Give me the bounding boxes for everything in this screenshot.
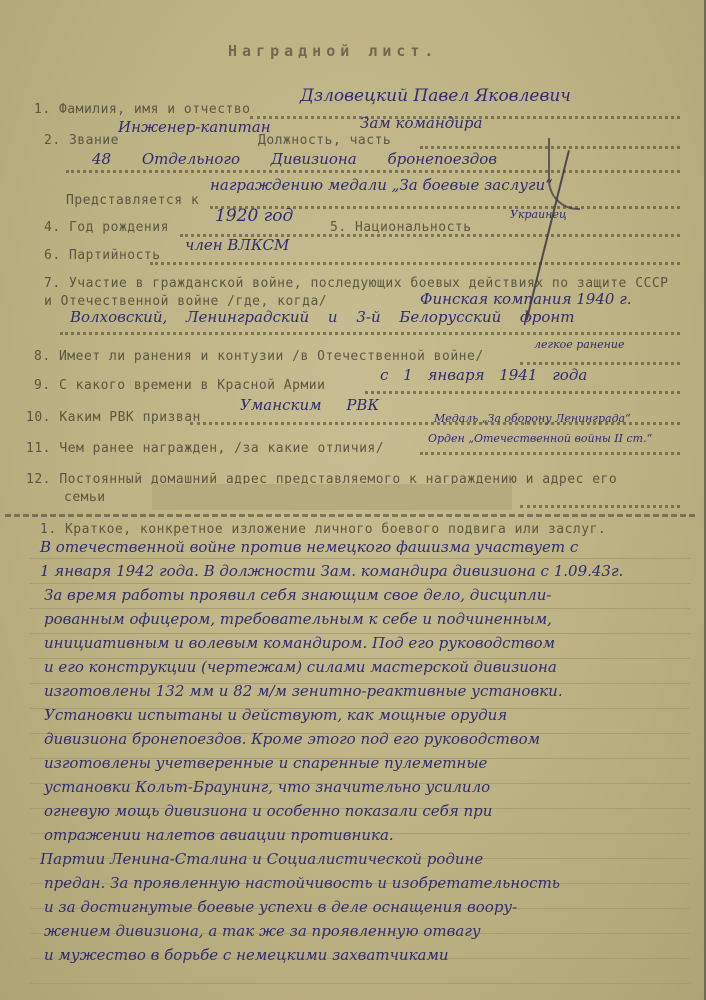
narrative-line: установки Кольт-Браунинг, что значительн… (44, 778, 490, 796)
dotted-line (520, 362, 680, 365)
narrative-line: За время работы проявил себя знающим сво… (44, 586, 551, 604)
narrative-line: и за достигнутые боевые успехи в деле ос… (44, 898, 517, 916)
field-7-value: Финская компания 1940 г. (420, 290, 632, 308)
field-5-value: Украинец (510, 208, 567, 221)
field-5-label: 5. Национальность (330, 220, 472, 235)
field-1-value: Дзловецкий Павел Яковлевич (300, 86, 571, 106)
field-2-value: Инженер-капитан (118, 118, 271, 136)
dotted-line (150, 262, 680, 265)
field-6-value: член ВЛКСМ (185, 236, 289, 254)
narrative-line: огневую мощь дивизиона и особенно показа… (44, 802, 492, 820)
field-6-label: 6. Партийность (44, 248, 161, 263)
ruled-line (30, 558, 690, 559)
dotted-line (365, 391, 680, 394)
narrative-line: и его конструкции (чертежам) силами маст… (44, 658, 557, 676)
award-sheet-page: Наградной лист. 1. Фамилия, имя и отчест… (0, 0, 704, 1000)
narrative-line: и мужество в борьбе с немецкими захватчи… (44, 946, 449, 964)
narrative-line: отражении налетов авиации противника. (44, 826, 394, 844)
field-9-value: с 1 января 1941 года (380, 366, 587, 384)
dotted-line (520, 505, 680, 508)
narrative-line: В отечественной войне против немецкого ф… (40, 538, 578, 556)
field-2-label2: Должность, часть (258, 133, 391, 148)
ruled-line (30, 583, 690, 584)
section-divider (5, 514, 695, 517)
narrative-line: 1 января 1942 года. В должности Зам. ком… (40, 562, 623, 580)
field-7-value2: Волховский, Ленинградский и 3-й Белорусс… (70, 308, 575, 326)
field-2-value3: 48 Отдельного Дивизиона бронепоездов (92, 150, 497, 168)
document-title: Наградной лист. (228, 42, 438, 60)
field-2-value2: Зам командира (360, 114, 482, 132)
field-4-value: 1920 год (215, 206, 293, 226)
field-2-label: 2. Звание (44, 133, 119, 148)
ruled-line (30, 983, 690, 984)
check-mark-curve (548, 138, 580, 210)
field-3-value: награждению медали „За боевые заслуги“ (210, 176, 553, 194)
narrative-line: изготовлены учетверенные и спаренные пул… (44, 754, 487, 772)
field-4-label: 4. Год рождения (44, 220, 169, 235)
narrative-line: жением дивизиона, а так же за проявленну… (44, 922, 481, 940)
dotted-line (66, 170, 680, 173)
narrative-line: предан. За проявленную настойчивость и и… (44, 874, 560, 892)
narrative-line: рованным офицером, требовательным к себе… (44, 610, 552, 628)
narrative-line: Установки испытаны и действуют, как мощн… (44, 706, 507, 724)
field-8-label: 8. Имеет ли ранения и контузии /в Отечес… (34, 349, 484, 364)
narrative-line: инициативным и волевым командиром. Под е… (44, 634, 555, 652)
field-8-value: легкое ранение (534, 338, 624, 351)
section-label: 1. Краткое, конкретное изложение личного… (40, 522, 606, 537)
dotted-line (60, 332, 680, 335)
field-11-value: Медаль „За оборону Ленинграда“ (434, 412, 631, 425)
narrative-line: изготовлены 132 мм и 82 м/м зенитно-реак… (44, 682, 563, 700)
ruled-line (30, 608, 690, 609)
field-11-value2: Орден „Отечественной войны II ст.“ (428, 432, 652, 445)
field-10-label: 10. Каким РВК призван (26, 410, 201, 425)
dotted-line (420, 452, 680, 455)
field-3-label: Представляется к (66, 193, 199, 208)
narrative-line: Партии Ленина-Сталина и Социалистической… (40, 850, 483, 868)
field-10-value: Уманским РВК (240, 396, 379, 414)
field-1-label: 1. Фамилия, имя и отчество (34, 102, 251, 117)
redacted-address (152, 484, 512, 510)
field-11-label: 11. Чем ранее награжден, /за какие отлич… (26, 441, 384, 456)
narrative-line: дивизиона бронепоездов. Кроме этого под … (44, 730, 540, 748)
field-9-label: 9. С какого времени в Красной Армии (34, 378, 325, 393)
field-12-label-line2: семьи (64, 490, 106, 505)
